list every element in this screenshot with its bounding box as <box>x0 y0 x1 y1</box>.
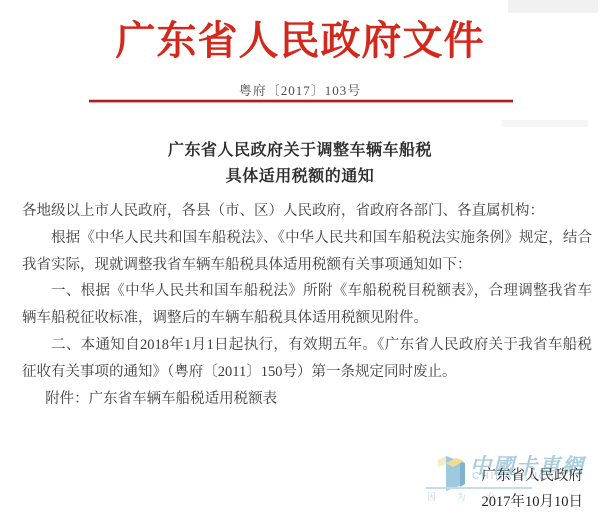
scan-artifact <box>502 120 588 127</box>
letterhead-divider <box>89 100 513 102</box>
paragraph: 一、根据《中华人民共和国车船税法》所附《车船税税目税额表》，合理调整我省车辆车船… <box>22 278 592 332</box>
letterhead-title: 广东省人民政府文件 <box>0 19 600 63</box>
signature-agency: 广东省人民政府 <box>482 464 584 490</box>
paragraph: 二、本通知自2018年1月1日起执行，有效期五年。《广东省人民政府关于我省车船税… <box>22 332 592 386</box>
notice-title-line2: 具体适用税额的通知 <box>0 164 600 190</box>
signature-block: 广东省人民政府 2017年10月10日 <box>482 464 584 515</box>
attachment-line: 附件：广东省车辆车船税适用税额表 <box>22 386 592 413</box>
document-page: 广东省人民政府文件 粤府〔2017〕103号 广东省人民政府关于调整车辆车船税 … <box>0 0 600 524</box>
document-number: 粤府〔2017〕103号 <box>0 80 600 99</box>
notice-body: 各地级以上市人民政府，各县（市、区）人民政府，省政府各部门、各直属机构： 根据《… <box>22 198 592 412</box>
scan-artifact <box>508 0 598 13</box>
notice-title: 广东省人民政府关于调整车辆车船税 具体适用税额的通知 <box>0 138 600 190</box>
notice-title-line1: 广东省人民政府关于调整车辆车船税 <box>0 138 600 164</box>
paragraph: 根据《中华人民共和国车船税法》、《中华人民共和国车船税法实施条例》规定，结合我省… <box>22 225 592 279</box>
salutation: 各地级以上市人民政府，各县（市、区）人民政府，省政府各部门、各直属机构： <box>22 198 592 225</box>
signature-date: 2017年10月10日 <box>482 490 584 516</box>
